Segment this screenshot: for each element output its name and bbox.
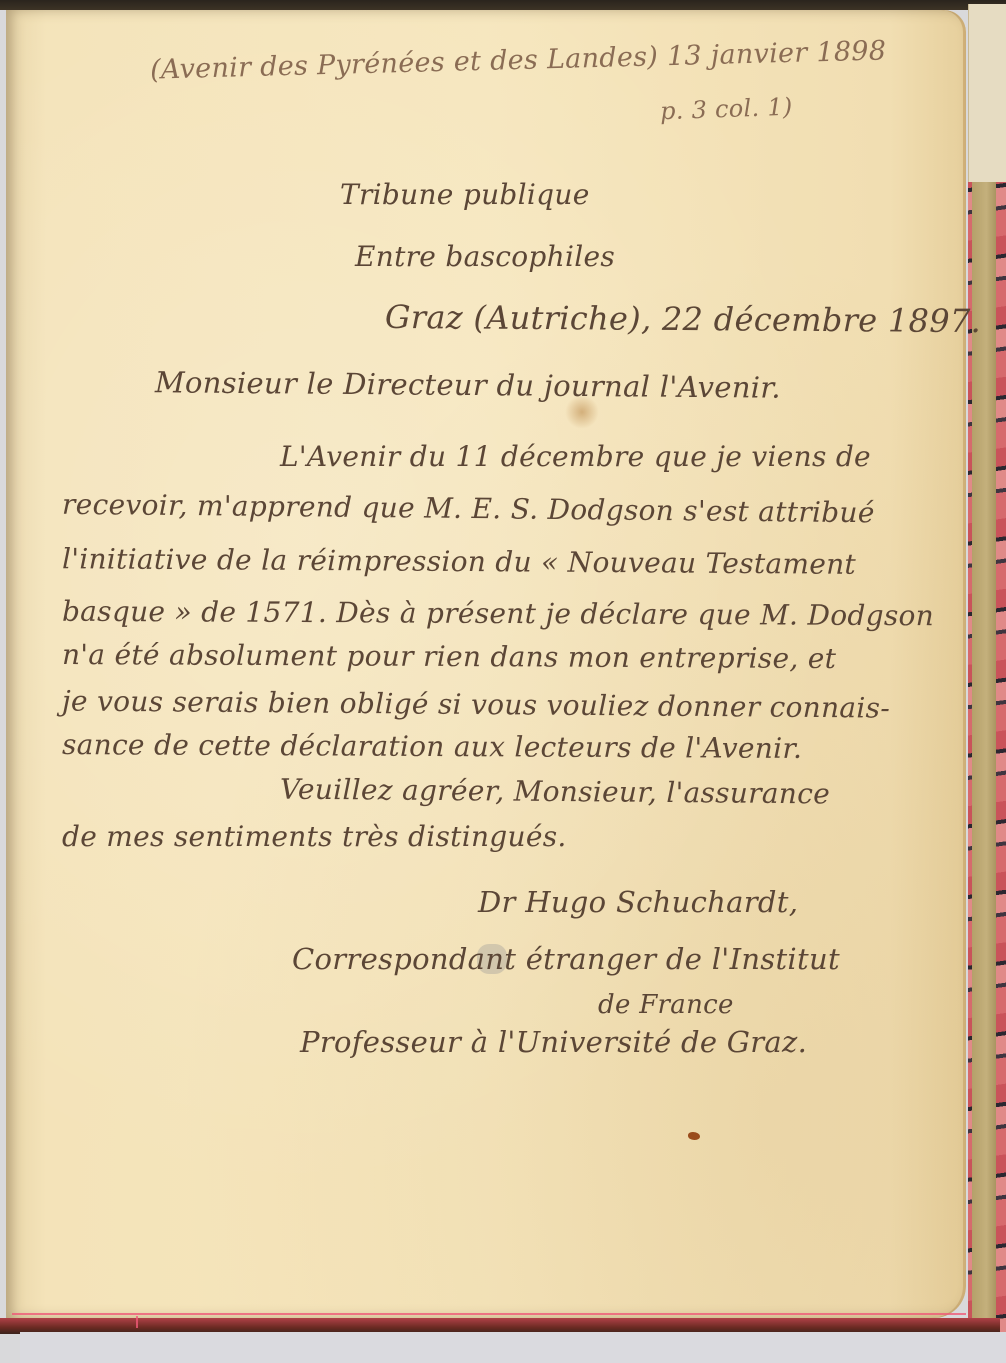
signature-name: Dr Hugo Schuchardt,: [478, 885, 798, 919]
page-reference: p. 3 col. 1): [660, 93, 793, 126]
scanner-background: [20, 1332, 1006, 1363]
letter-title: Entre bascophiles: [355, 240, 615, 273]
closing-line: de mes sentiments très distingués.: [62, 820, 567, 853]
dateline: Graz (Autriche), 22 décembre 1897.: [385, 298, 981, 340]
salutation: Monsieur le Directeur du journal l'Aveni…: [155, 365, 781, 404]
closing-line: Veuillez agréer, Monsieur, l'assurance: [280, 773, 830, 811]
top-edge: [0, 0, 1006, 10]
rubric-heading: Tribune publique: [340, 178, 590, 211]
body-line: basque » de 1571. Dès à présent je décla…: [62, 595, 934, 633]
ink-blot: [688, 1132, 700, 1140]
scanned-page: (Avenir des Pyrénées et des Landes) 13 j…: [0, 0, 1006, 1363]
flyleaf: [968, 4, 1006, 182]
margin-tick: [136, 1316, 138, 1328]
signature-title: Professeur à l'Université de Graz.: [300, 1025, 807, 1059]
body-line: sance de cette déclaration aux lecteurs …: [62, 728, 802, 765]
body-line: n'a été absolument pour rien dans mon en…: [62, 638, 836, 675]
body-line: L'Avenir du 11 décembre que je viens de: [280, 440, 871, 473]
signature-title: de France: [598, 990, 734, 1020]
signature-title: Correspondant étranger de l'Institut: [292, 942, 840, 976]
body-line: l'initiative de la réimpression du « Nou…: [62, 542, 856, 581]
endpaper-edge: [972, 178, 996, 1338]
margin-rule: [12, 1313, 966, 1315]
